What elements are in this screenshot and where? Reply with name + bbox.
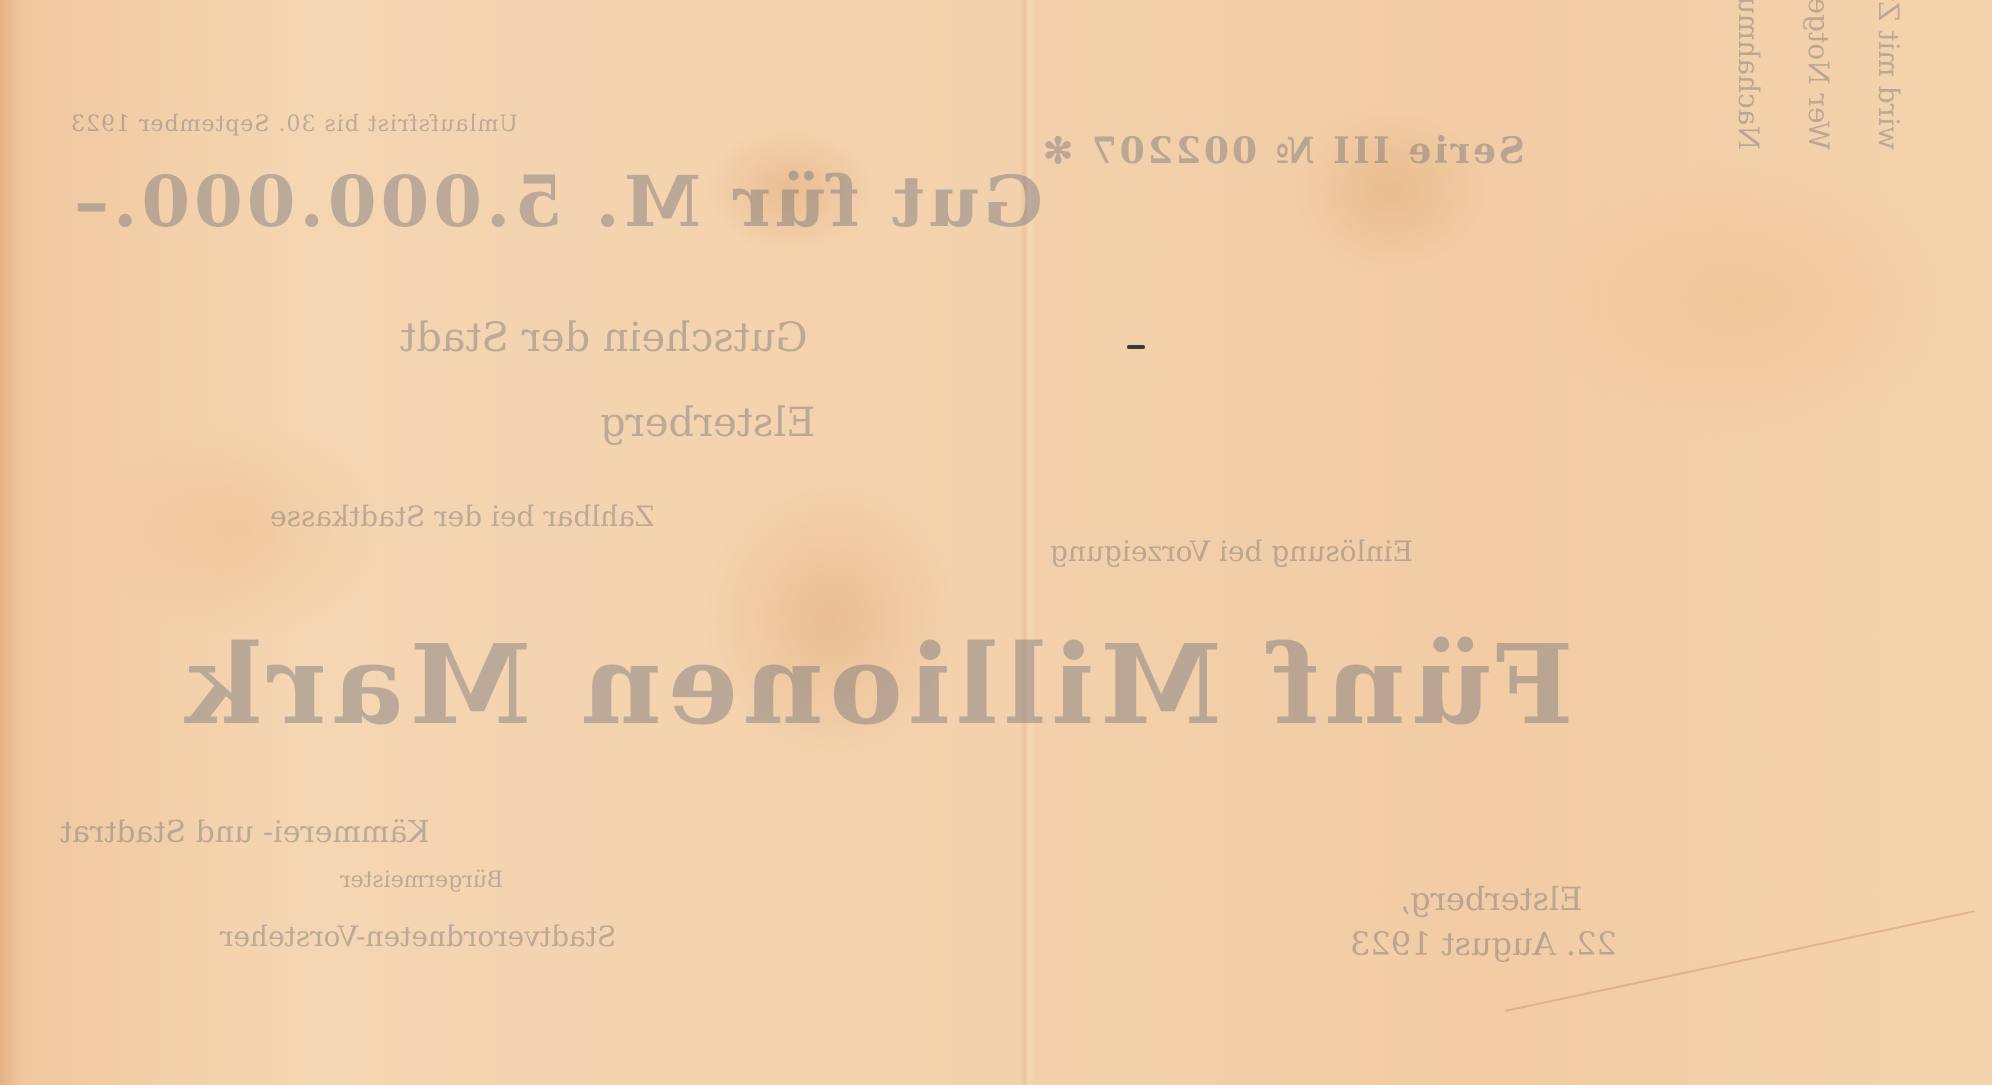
paper-edge bbox=[0, 0, 22, 1085]
signature-line-3: Stadtverordneten-Vorsteher bbox=[220, 920, 616, 953]
banknote-reverse: Umlaufsfrist bis 30. September 1923 Gut … bbox=[0, 0, 1992, 1085]
value-line: Gut für M. 5.000.000.– bbox=[70, 160, 1043, 243]
issuer-line-1: Gutschein der Stadt bbox=[400, 315, 808, 361]
redemption-line: Einlösung bei Vorzeigung bbox=[1050, 535, 1413, 568]
issue-place: Elsterberg, bbox=[1400, 880, 1582, 918]
issuer-line-2: Elsterberg bbox=[600, 400, 815, 446]
ink-mark bbox=[1127, 345, 1145, 349]
payment-line: Zahlbar bei der Stadtkasse bbox=[270, 500, 654, 533]
serial-number: Serie III № 002207 ✻ bbox=[1040, 130, 1525, 172]
vertical-warning-3: wird mit Zuchthaus bestraft bbox=[1872, 0, 1905, 150]
signature-line-2: Bürgermeister bbox=[340, 868, 503, 893]
vertical-warning-2: Wer Notgeld nachmacht oder verfälscht bbox=[1802, 0, 1835, 150]
vertical-warning-1: Nachahmung wird bestraft bbox=[1732, 0, 1765, 150]
signature-line-1: Kämmerei- und Stadtrat bbox=[60, 815, 430, 850]
issue-date: 22. August 1923 bbox=[1350, 925, 1617, 963]
header-date-text: Umlaufsfrist bis 30. September 1923 bbox=[70, 112, 518, 137]
denomination-text: Fünf Millionen Mark bbox=[180, 620, 1573, 749]
